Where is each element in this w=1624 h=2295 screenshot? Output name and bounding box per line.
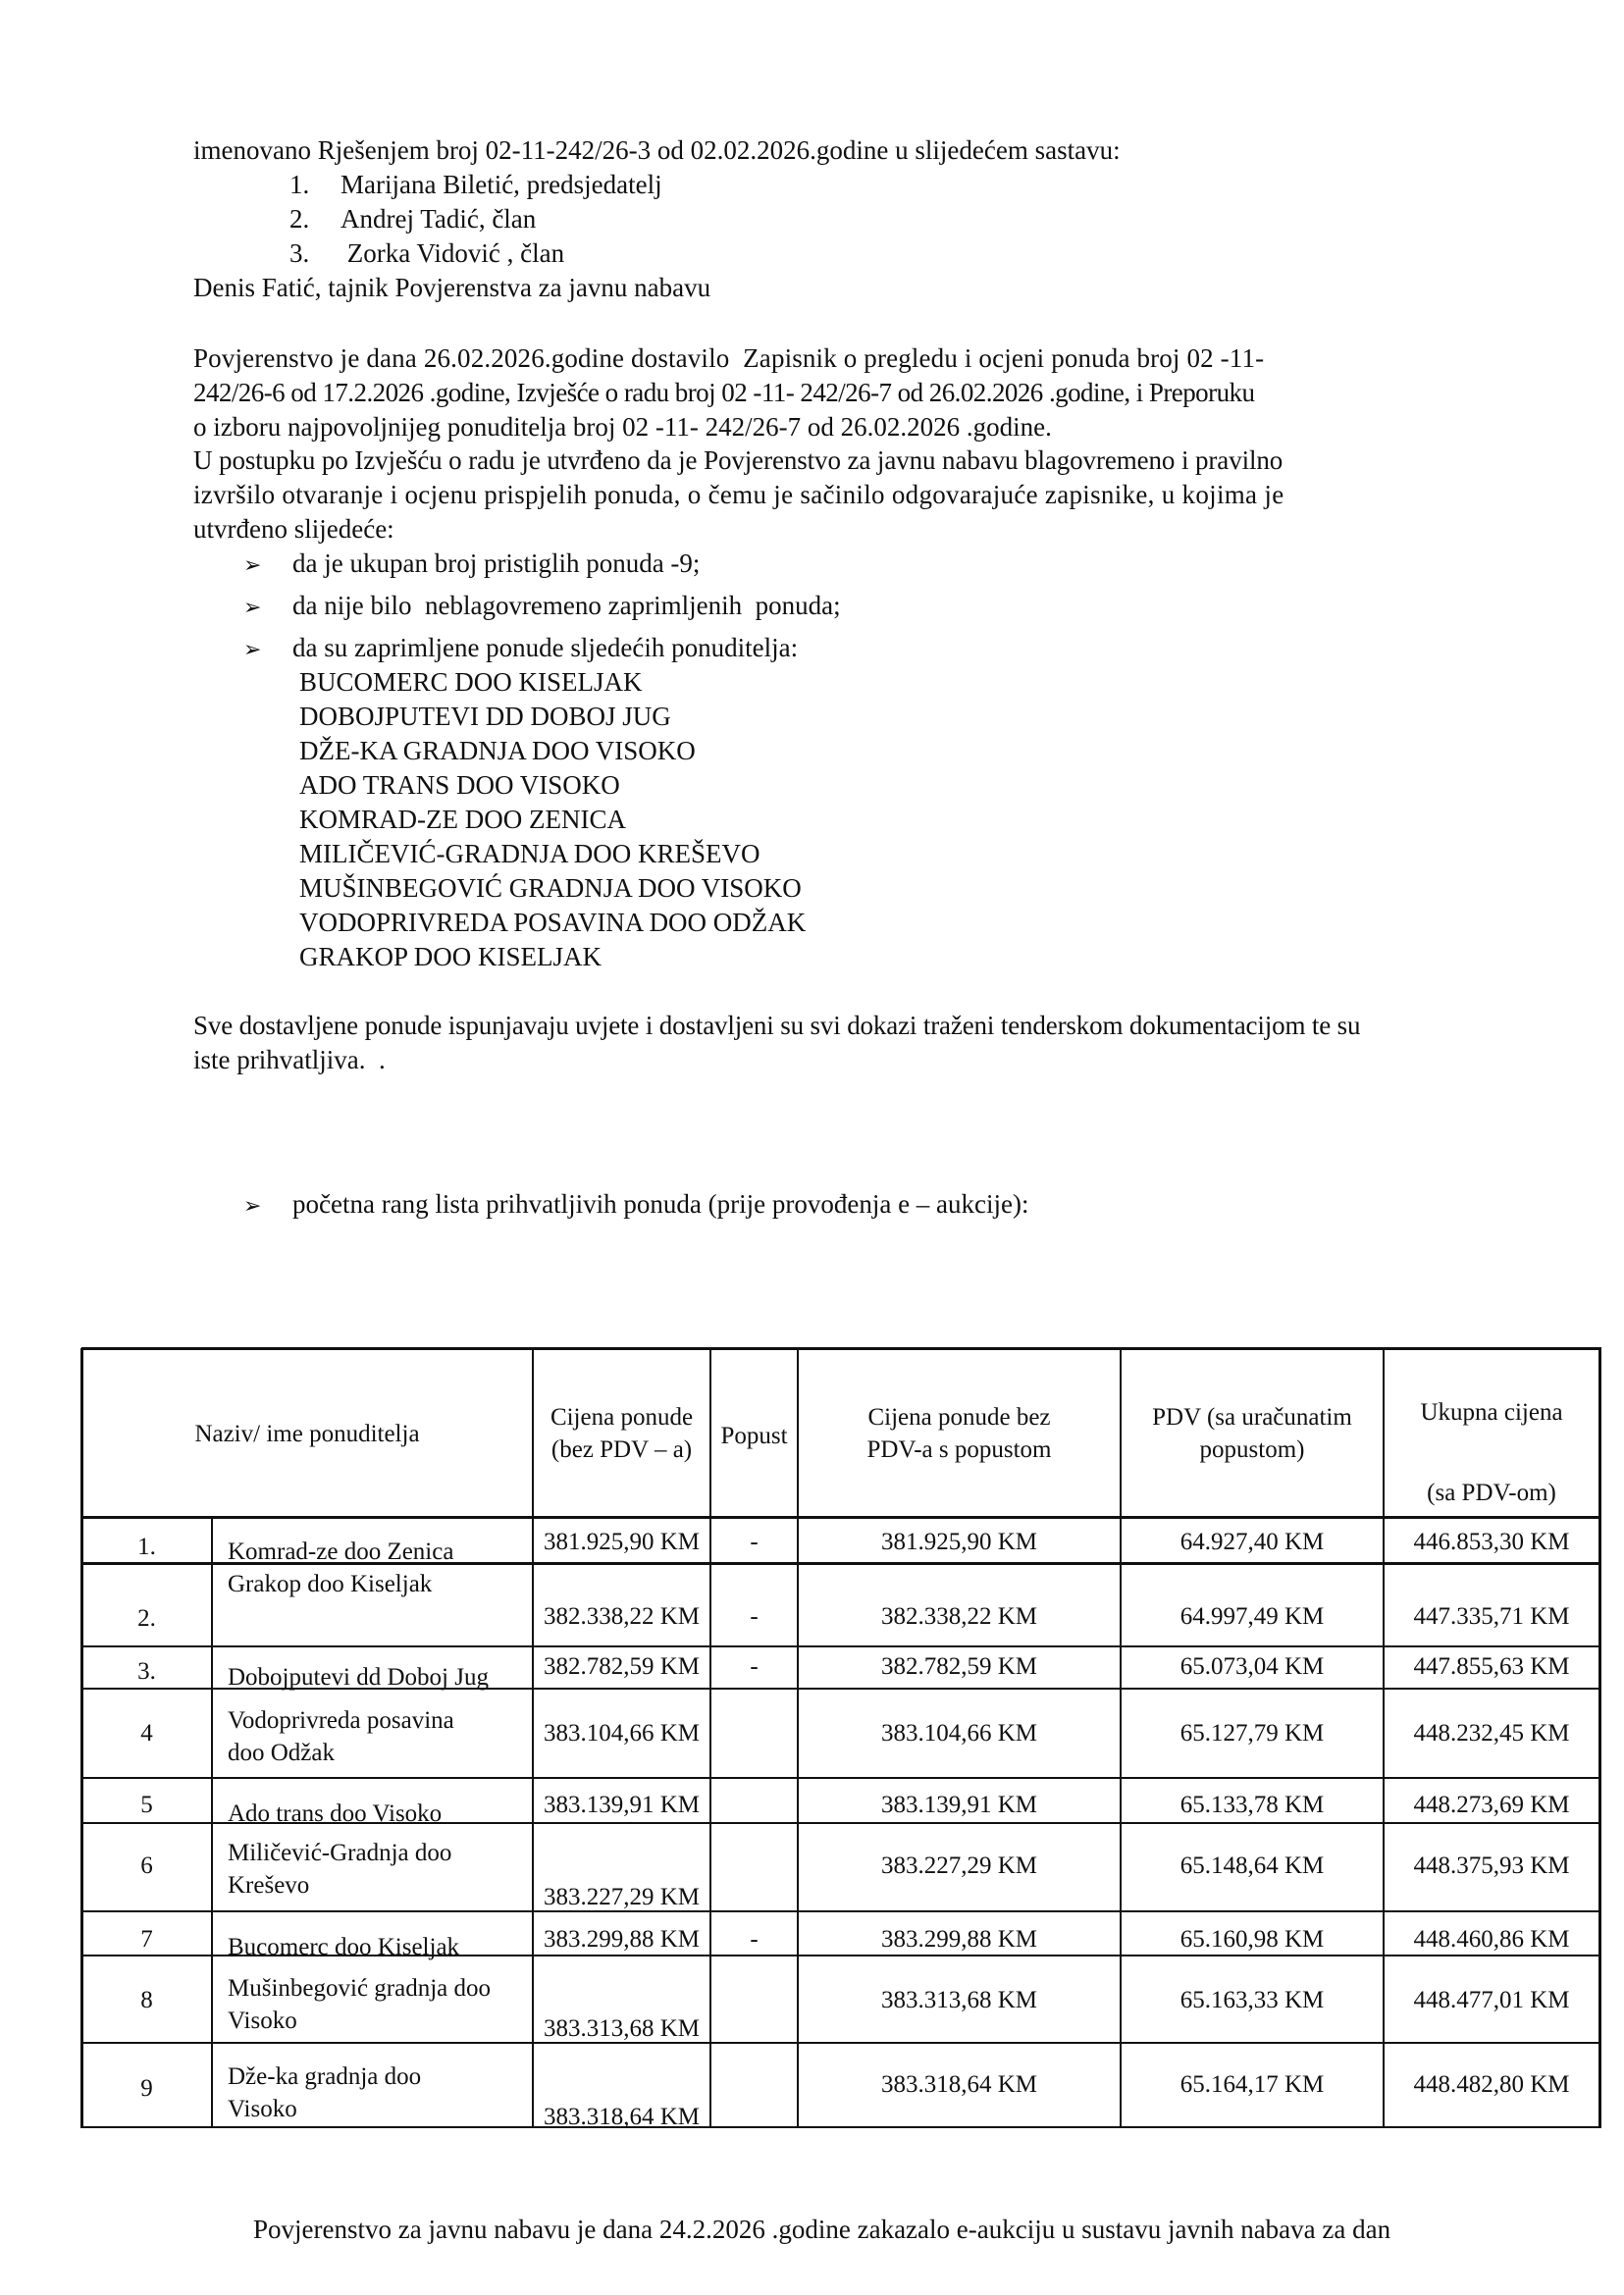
bullet-item: ➢da je ukupan broj pristiglih ponuda -9; bbox=[243, 547, 700, 582]
row-vat: 65.073,04 KM bbox=[1121, 1653, 1384, 1681]
closing-line: Povjerenstvo za javnu nabavu je dana 24.… bbox=[253, 2213, 1390, 2247]
row-price: 383.313,68 KM bbox=[533, 2015, 710, 2043]
row-vat: 65.148,64 KM bbox=[1121, 1852, 1384, 1880]
table-border bbox=[81, 1910, 1601, 1912]
row-price: 383.227,29 KM bbox=[533, 1884, 710, 1911]
committee-members: 1.Marijana Biletić, predsjedatelj 2.Andr… bbox=[289, 168, 662, 271]
table-border bbox=[81, 1777, 1601, 1779]
report-paragraph-line: U postupku po Izvješću o radu je utvrđen… bbox=[193, 443, 1283, 478]
secretary-line: Denis Fatić, tajnik Povjerenstva za javn… bbox=[193, 271, 710, 305]
row-discount: - bbox=[710, 1529, 798, 1556]
row-discount: - bbox=[710, 1926, 798, 1954]
acceptance-line: iste prihvatljiva. . bbox=[193, 1043, 386, 1077]
row-bidder-name: Bucomerc doo Kiseljak bbox=[228, 1931, 459, 1963]
row-price-discount: 381.925,90 KM bbox=[798, 1529, 1121, 1556]
row-rank: 3. bbox=[81, 1658, 212, 1686]
committee-member: 3. Zorka Vidović , član bbox=[289, 236, 662, 271]
arrow-bullet-icon: ➢ bbox=[243, 590, 292, 624]
row-total: 447.335,71 KM bbox=[1384, 1603, 1599, 1631]
table-border bbox=[81, 2042, 1601, 2044]
bullet-item: ➢da nije bilo neblagovremeno zaprimljeni… bbox=[243, 589, 841, 624]
table-border bbox=[81, 1645, 1601, 1647]
row-price: 383.299,88 KM bbox=[533, 1926, 710, 1954]
bidder-name: ADO TRANS DOO VISOKO bbox=[299, 768, 806, 803]
row-rank: 9 bbox=[81, 2075, 212, 2103]
row-total: 447.855,63 KM bbox=[1384, 1653, 1599, 1681]
row-price-discount: 383.318,64 KM bbox=[798, 2071, 1121, 2099]
table-border bbox=[81, 1516, 1601, 1519]
table-border bbox=[81, 1347, 1601, 1350]
row-price: 383.104,66 KM bbox=[533, 1720, 710, 1747]
row-total: 448.482,80 KM bbox=[1384, 2071, 1599, 2099]
row-price-discount: 383.299,88 KM bbox=[798, 1926, 1121, 1954]
header-total-line2: (sa PDV-om) bbox=[1384, 1477, 1599, 1509]
header-vat: PDV (sa uračunatimpopustom) bbox=[1121, 1401, 1384, 1466]
bidder-name: GRAKOP DOO KISELJAK bbox=[299, 940, 806, 974]
row-vat: 65.127,79 KM bbox=[1121, 1720, 1384, 1747]
table-border bbox=[81, 2126, 1601, 2128]
row-total: 448.375,93 KM bbox=[1384, 1852, 1599, 1880]
bidder-name: DOBOJPUTEVI DD DOBOJ JUG bbox=[299, 700, 806, 734]
row-bidder-name: Grakop doo Kiseljak bbox=[228, 1568, 432, 1600]
bidder-name: MILIČEVIĆ-GRADNJA DOO KREŠEVO bbox=[299, 837, 806, 871]
row-rank: 2. bbox=[81, 1605, 212, 1633]
row-price-discount: 382.782,59 KM bbox=[798, 1653, 1121, 1681]
row-price-discount: 383.227,29 KM bbox=[798, 1852, 1121, 1880]
bullet-item: ➢da su zaprimljene ponude sljedećih ponu… bbox=[243, 631, 798, 666]
bidder-name: VODOPRIVREDA POSAVINA DOO ODŽAK bbox=[299, 906, 806, 940]
row-rank: 7 bbox=[81, 1926, 212, 1954]
row-vat: 65.164,17 KM bbox=[1121, 2071, 1384, 2099]
row-price: 382.338,22 KM bbox=[533, 1603, 710, 1631]
report-paragraph-line: Povjerenstvo je dana 26.02.2026.godine d… bbox=[193, 341, 1264, 376]
acceptance-line: Sve dostavljene ponude ispunjavaju uvjet… bbox=[193, 1009, 1360, 1043]
intro-line: imenovano Rješenjem broj 02-11-242/26-3 … bbox=[193, 133, 1121, 168]
header-name: Naziv/ ime ponuditelja bbox=[81, 1418, 533, 1450]
row-bidder-name: Vodoprivreda posavinadoo Odžak bbox=[228, 1704, 454, 1769]
row-bidder-name: Dobojputevi dd Doboj Jug bbox=[228, 1661, 489, 1694]
row-vat: 65.133,78 KM bbox=[1121, 1792, 1384, 1819]
row-total: 448.273,69 KM bbox=[1384, 1792, 1599, 1819]
row-rank: 4 bbox=[81, 1720, 212, 1747]
arrow-bullet-icon: ➢ bbox=[243, 1188, 292, 1223]
bidder-name: KOMRAD-ZE DOO ZENICA bbox=[299, 803, 806, 837]
report-paragraph-line: o izboru najpovoljnijeg ponuditelja broj… bbox=[193, 410, 1052, 444]
row-discount: - bbox=[710, 1653, 798, 1681]
row-bidder-name: Mušinbegović gradnja dooVisoko bbox=[228, 1972, 491, 2037]
header-discount: Popust bbox=[710, 1420, 798, 1452]
report-paragraph-line: 242/26-6 od 17.2.2026 .godine, Izvješće … bbox=[193, 376, 1254, 410]
bidder-name: BUCOMERC DOO KISELJAK bbox=[299, 665, 806, 700]
row-total: 448.477,01 KM bbox=[1384, 1987, 1599, 2014]
row-price: 383.318,64 KM bbox=[533, 2104, 710, 2131]
row-bidder-name: Komrad-ze doo Zenica bbox=[228, 1536, 453, 1568]
row-vat: 64.927,40 KM bbox=[1121, 1529, 1384, 1556]
bidder-name: DŽE-KA GRADNJA DOO VISOKO bbox=[299, 734, 806, 768]
report-paragraph-line: izvršilo otvaranje i ocjenu prispjelih p… bbox=[193, 478, 1283, 512]
row-price: 381.925,90 KM bbox=[533, 1529, 710, 1556]
row-rank: 1. bbox=[81, 1534, 212, 1561]
row-price: 383.139,91 KM bbox=[533, 1792, 710, 1819]
header-price: Cijena ponude(bez PDV – a) bbox=[533, 1401, 710, 1466]
arrow-bullet-icon: ➢ bbox=[243, 548, 292, 582]
row-bidder-name: Miličević-Gradnja dooKreševo bbox=[228, 1837, 451, 1902]
row-discount: - bbox=[710, 1603, 798, 1631]
row-price-discount: 383.313,68 KM bbox=[798, 1987, 1121, 2014]
row-total: 448.232,45 KM bbox=[1384, 1720, 1599, 1747]
report-paragraph-line: utvrđeno slijedeće: bbox=[193, 512, 394, 547]
arrow-bullet-icon: ➢ bbox=[243, 632, 292, 666]
row-rank: 6 bbox=[81, 1852, 212, 1880]
row-vat: 64.997,49 KM bbox=[1121, 1603, 1384, 1631]
row-total: 448.460,86 KM bbox=[1384, 1926, 1599, 1954]
row-price-discount: 382.338,22 KM bbox=[798, 1603, 1121, 1631]
row-rank: 8 bbox=[81, 1987, 212, 2014]
committee-member: 1.Marijana Biletić, predsjedatelj bbox=[289, 168, 662, 202]
row-total: 446.853,30 KM bbox=[1384, 1529, 1599, 1556]
row-vat: 65.163,33 KM bbox=[1121, 1987, 1384, 2014]
row-vat: 65.160,98 KM bbox=[1121, 1926, 1384, 1954]
row-rank: 5 bbox=[81, 1792, 212, 1819]
row-price-discount: 383.139,91 KM bbox=[798, 1792, 1121, 1819]
header-price-discount: Cijena ponude bezPDV-a s popustom bbox=[798, 1401, 1121, 1466]
row-bidder-name: Dže-ka gradnja dooVisoko bbox=[228, 2060, 421, 2125]
row-bidder-name: Ado trans doo Visoko bbox=[228, 1798, 442, 1830]
header-total-line1: Ukupna cijena bbox=[1384, 1396, 1599, 1429]
bidder-name: MUŠINBEGOVIĆ GRADNJA DOO VISOKO bbox=[299, 871, 806, 906]
ranking-bullet: ➢početna rang lista prihvatljivih ponuda… bbox=[243, 1187, 1029, 1223]
bidder-list: BUCOMERC DOO KISELJAK DOBOJPUTEVI DD DOB… bbox=[299, 665, 806, 974]
committee-member: 2.Andrej Tadić, član bbox=[289, 202, 662, 236]
row-price: 382.782,59 KM bbox=[533, 1653, 710, 1681]
row-price-discount: 383.104,66 KM bbox=[798, 1720, 1121, 1747]
